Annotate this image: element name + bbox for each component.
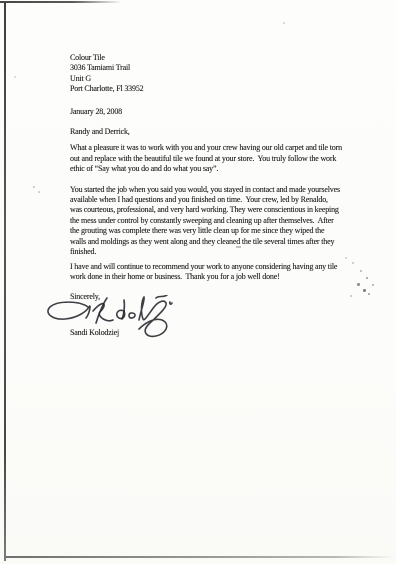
scan-speck [14, 76, 16, 78]
scan-edge-bottom [6, 556, 394, 558]
scan-edge-top [0, 1, 122, 3]
paragraph-line: the mess under control by constantly swe… [70, 216, 376, 226]
recipient-address-line: Colour Tile [70, 53, 376, 63]
letter-date: January 28, 2008 [70, 107, 376, 117]
paragraph-line: work done in their home or business. Tha… [70, 272, 376, 282]
paragraph-line: the grouting was complete there was very… [70, 226, 376, 236]
scan-speck [283, 22, 285, 24]
paragraph-line: finished. [70, 247, 376, 257]
scan-speck [38, 191, 40, 193]
scan-edge-left [4, 2, 6, 561]
paragraph-line: ethic of “Say what you do and do what yo… [70, 164, 376, 174]
recipient-address-line: Port Charlotte, Fl 33952 [70, 84, 376, 94]
signer-name: Sandi Kolodziej [70, 328, 376, 338]
paragraph-line: out and replace with the beautiful tile … [70, 154, 376, 164]
scanned-letter-page: Colour Tile3036 Tamiami TrailUnit GPort … [0, 0, 396, 564]
paragraph-line: What a pleasure it was to work with you … [70, 143, 376, 153]
signature-block [70, 303, 376, 328]
paragraph-line: available when I had questions and you f… [70, 195, 376, 205]
recipient-address-line: 3036 Tamiami Trail [70, 63, 376, 73]
recipient-address-block: Colour Tile3036 Tamiami TrailUnit GPort … [70, 53, 376, 95]
paragraph-line: I have and will continue to recommend yo… [70, 262, 376, 272]
letter-body: Colour Tile3036 Tamiami TrailUnit GPort … [70, 53, 376, 338]
recipient-address-line: Unit G [70, 74, 376, 84]
paragraph-line: walls and moldings as they went along an… [70, 237, 376, 247]
paragraph-3: I have and will continue to recommend yo… [70, 262, 376, 283]
paragraph-1: What a pleasure it was to work with you … [70, 143, 376, 174]
paragraph-line: You started the job when you said you wo… [70, 185, 376, 195]
paragraph-2: You started the job when you said you wo… [70, 185, 376, 258]
scan-speck [33, 186, 35, 188]
salutation: Randy and Derrick, [70, 127, 376, 137]
paragraph-line: was courteous, professional, and very ha… [70, 205, 376, 215]
